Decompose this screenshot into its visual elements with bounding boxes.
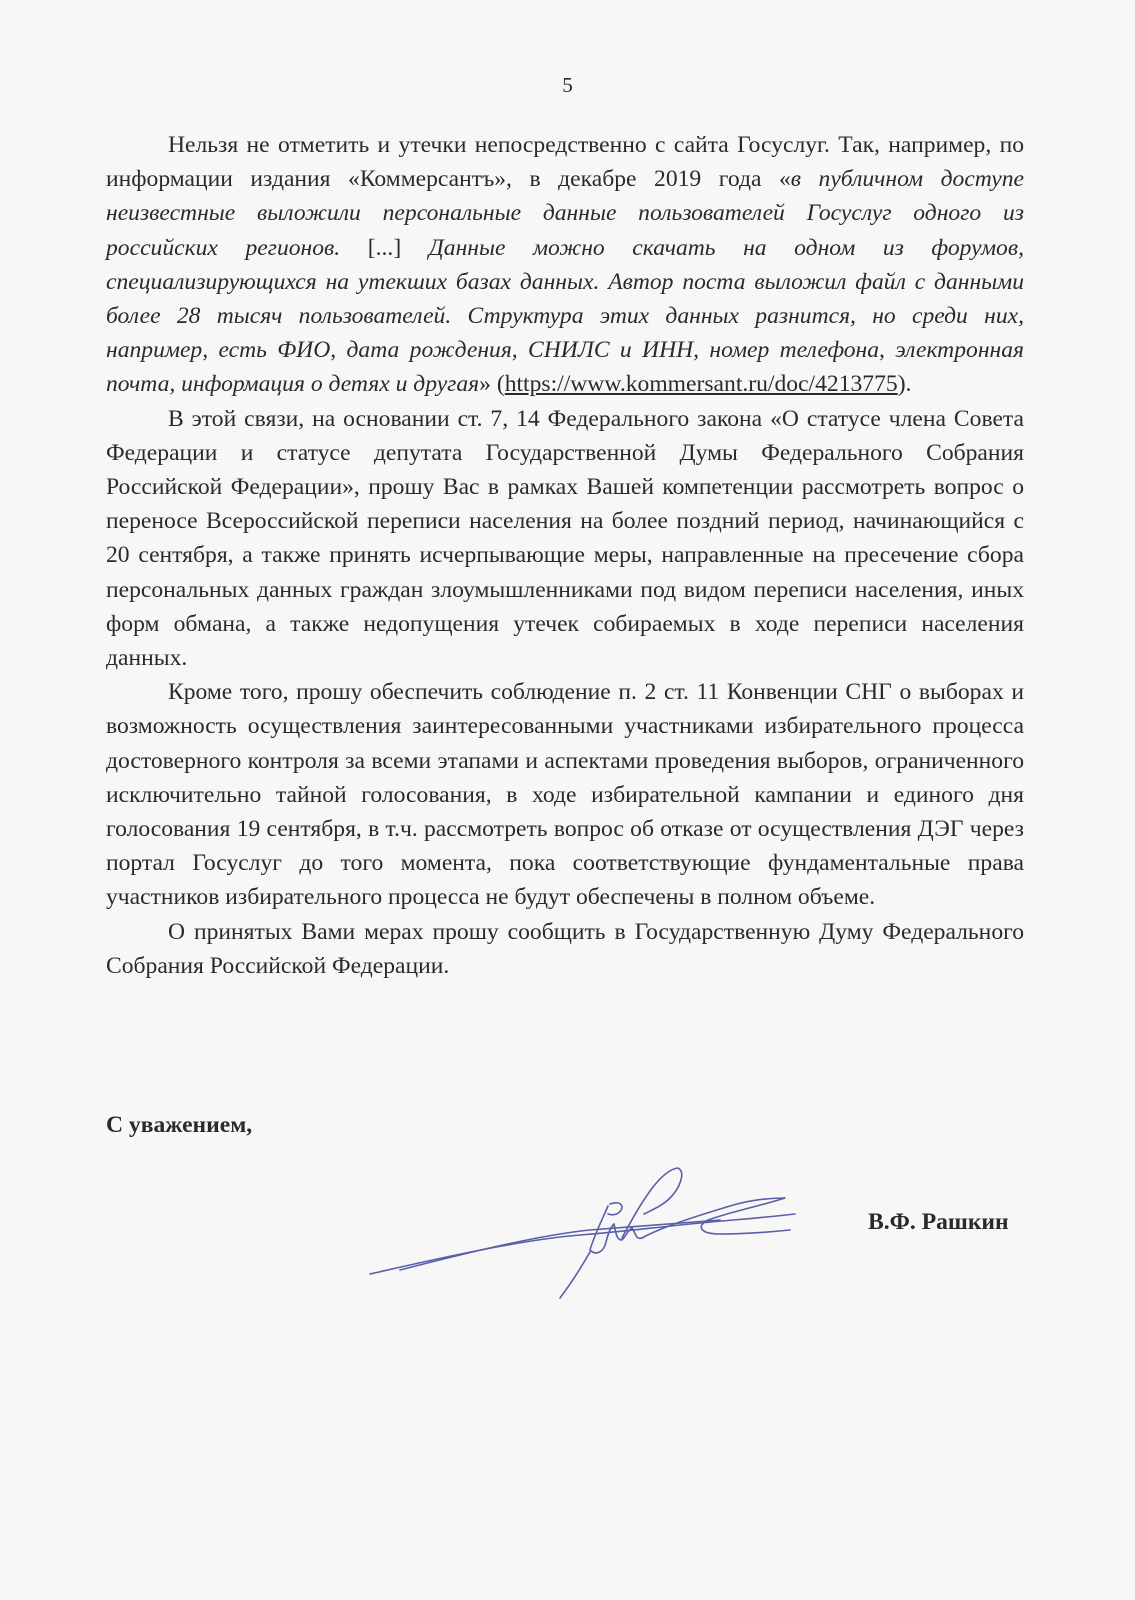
paragraph-report-request: О принятых Вами мерах прошу сообщить в Г… [106, 915, 1024, 983]
closing-salutation: С уважением, [106, 1112, 252, 1139]
paragraph-gosuslugi-leaks: Нельзя не отметить и утечки непосредстве… [106, 128, 1024, 402]
kommersant-link[interactable]: https://www.kommersant.ru/doc/4213775 [505, 371, 898, 397]
paragraph-census-request: В этой связи, на основании ст. 7, 14 Фед… [106, 402, 1024, 676]
paragraph-elections-request: Кроме того, прошу обеспечить соблюдение … [106, 675, 1024, 914]
page-number: 5 [0, 73, 1135, 98]
paragraph-text: » ( [479, 371, 505, 397]
letter-body: Нельзя не отметить и утечки непосредстве… [106, 128, 1024, 983]
signer-name: В.Ф. Рашкин [868, 1209, 1009, 1236]
ellipsis-text: [...] [340, 235, 429, 261]
signature-image [360, 1140, 800, 1300]
paragraph-text: ). [898, 371, 912, 397]
